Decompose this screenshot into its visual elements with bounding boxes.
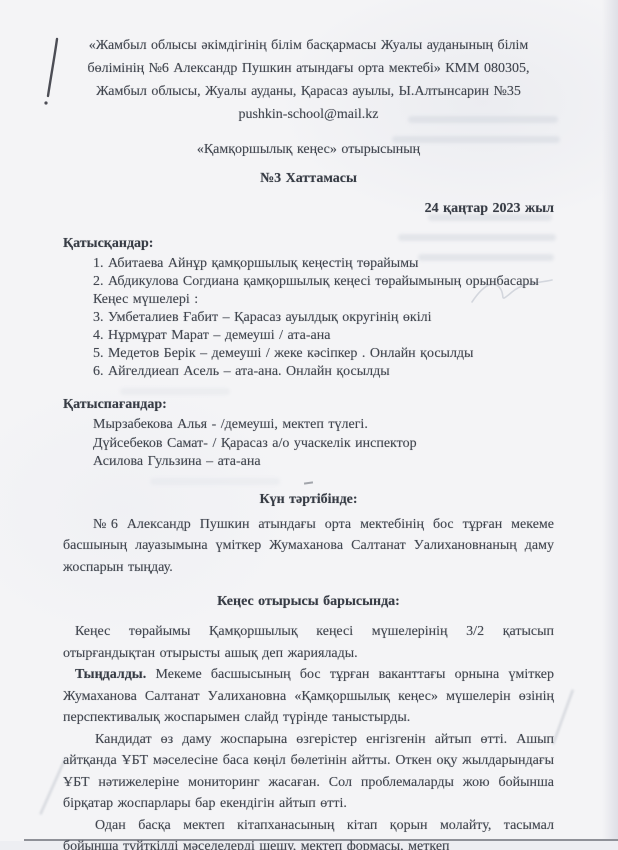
heard-label: Тыңдалды. bbox=[75, 667, 146, 682]
absentees-heading: Қатыспағандар: bbox=[63, 394, 554, 416]
attendee-line: 4. Нұрмұрат Марат – демеуші / ата-ана bbox=[93, 327, 554, 345]
proceedings-paragraph-2: Тыңдалды. Мекеме басшысының бос тұрған в… bbox=[63, 664, 554, 729]
letterhead: «Жамбыл облысы әкімдігінің білім басқарм… bbox=[63, 34, 554, 126]
attendee-line: 5. Медетов Берік – демеуші / жеке кәсіпк… bbox=[93, 345, 554, 363]
proceedings-heading: Кеңес отырысы барысында: bbox=[63, 591, 554, 613]
letterhead-line: бөлімінің №6 Александр Пушкин атындағы о… bbox=[63, 57, 554, 80]
scan-scratch bbox=[552, 689, 574, 744]
attendee-line: 6. Айгелдиеап Асель – ата-ана. Онлайн қо… bbox=[93, 363, 554, 381]
proceedings-paragraph-1: Кеңес төрайымы Қамқоршылық кеңесі мүшеле… bbox=[63, 621, 554, 664]
scanned-document-page: «Жамбыл облысы әкімдігінің білім басқарм… bbox=[0, 0, 618, 850]
attendee-line: 2. Абдикулова Согдиана қамқоршылық кеңес… bbox=[93, 273, 554, 291]
protocol-number: №3 Хаттамасы bbox=[63, 168, 554, 190]
agenda-paragraph: №6 Александр Пушкин атындағы орта мектеб… bbox=[63, 514, 554, 579]
agenda-heading: Күн тәртібінде: bbox=[63, 489, 554, 511]
absentee-line: Асилова Гульзина – ата-ана bbox=[93, 453, 554, 472]
absentee-line: Мырзабекова Алья - /демеуші, мектеп түле… bbox=[93, 416, 554, 435]
scan-edge-shadow bbox=[602, 0, 618, 840]
proceedings-paragraph-3: Кандидат өз даму жоспарына өзгерістер ен… bbox=[63, 729, 554, 815]
absentee-line: Дүйсебеков Самат- / Қарасаз а/о учаскелі… bbox=[93, 435, 554, 454]
meeting-title: «Қамқоршылық кеңес» отырысының bbox=[63, 139, 554, 161]
letterhead-line: «Жамбыл облысы әкімдігінің білім басқарм… bbox=[63, 34, 554, 57]
proceedings-paragraph-4: Одан басқа мектеп кітапханасының кітап қ… bbox=[63, 815, 554, 850]
members-label: Кеңес мүшелері : bbox=[93, 291, 554, 309]
attendee-line: 3. Умбеталиев Ғабит – Қарасаз ауылдық ок… bbox=[93, 309, 554, 327]
school-email: pushkin-school@mail.kz bbox=[63, 103, 554, 126]
absentees-list: Мырзабекова Алья - /демеуші, мектеп түле… bbox=[63, 416, 554, 472]
stray-pen-dash bbox=[304, 481, 313, 484]
attendee-line: 1. Абитаева Айнұр қамқоршылық кеңестің т… bbox=[93, 255, 554, 273]
attendees-heading: Қатысқандар: bbox=[63, 233, 554, 255]
document-body: «Жамбыл облысы әкімдігінің білім басқарм… bbox=[63, 34, 554, 850]
letterhead-line: Жамбыл облысы, Жуалы ауданы, Қарасаз ауы… bbox=[63, 80, 554, 103]
attendees-list: 1. Абитаева Айнұр қамқоршылық кеңестің т… bbox=[63, 255, 554, 381]
document-date: 24 қаңтар 2023 жыл bbox=[63, 198, 554, 220]
